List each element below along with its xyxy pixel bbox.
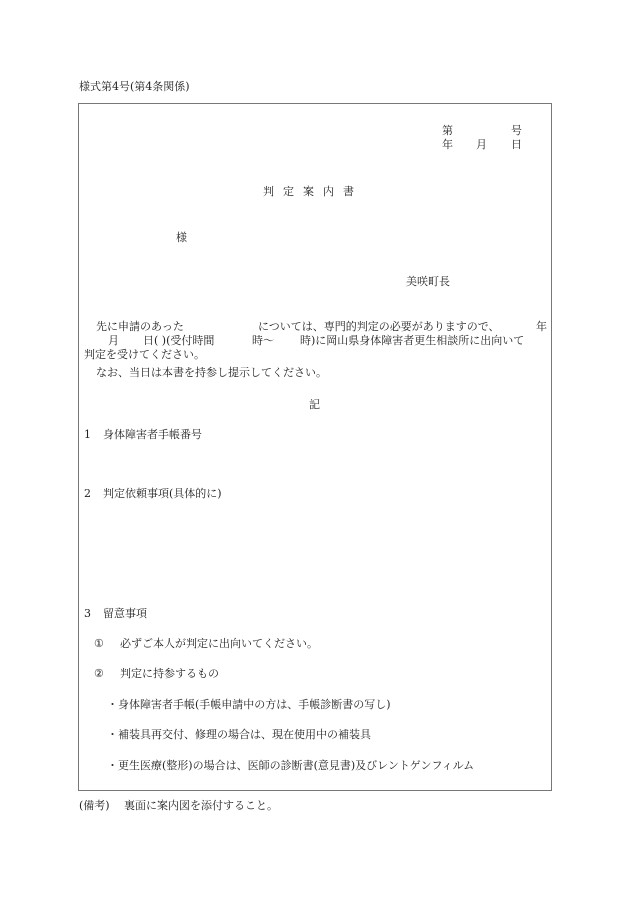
body-line2-month: 月: [108, 334, 119, 348]
number-prefix: 第: [442, 124, 453, 138]
body-line1-b: については、専門的判定の必要がありますので、: [258, 320, 500, 334]
number-suffix: 号: [511, 124, 522, 138]
note-2-mark: ②: [94, 667, 104, 681]
item-1-num: 1: [84, 428, 91, 442]
document-frame: [78, 103, 552, 791]
date-month: 月: [476, 138, 487, 152]
bullet-item: ・更生医療(整形)の場合は、医師の診断書(意見書)及びレントゲンフィルム: [107, 759, 474, 773]
item-3-label: 留意事項: [103, 607, 147, 621]
item-1-label: 身体障害者手帳番号: [103, 428, 202, 442]
form-label: 様式第4号(第4条関係): [79, 80, 190, 94]
item-3-num: 3: [84, 607, 91, 621]
remarks-text: 裏面に案内図を添付すること。: [124, 799, 278, 813]
body-line3: 判定を受けてください。: [84, 348, 205, 362]
remarks-label: (備考): [79, 799, 110, 813]
item-2-num: 2: [84, 487, 91, 501]
body-line2-hour-to: 時)に岡山県身体障害者更生相談所に出向いて: [300, 334, 524, 348]
note-1-text: 必ずご本人が判定に出向いてください。: [120, 637, 318, 651]
ki-mark: 記: [309, 398, 320, 412]
item-2-label: 判定依頼事項(具体的に): [103, 487, 222, 501]
note-2-text: 判定に持参するもの: [120, 667, 219, 681]
document-title: 判定案内書: [263, 185, 363, 199]
note-1-mark: ①: [94, 637, 104, 651]
body-line2-day: 日( )(受付時間: [143, 334, 214, 348]
body-line1-a: 先に申請のあった: [96, 320, 184, 334]
bullet-item: ・補装具再交付、修理の場合は、現在使用中の補装具: [107, 728, 371, 742]
bullet-item: ・身体障害者手帳(手帳申請中の方は、手帳診断書の写し): [107, 698, 391, 712]
date-year: 年: [442, 138, 453, 152]
body-line4: なお、当日は本書を持参し提示してください。: [96, 366, 327, 380]
sender: 美咲町長: [406, 275, 450, 289]
date-day: 日: [511, 138, 522, 152]
body-line1-c: 年: [536, 320, 547, 334]
addressee-suffix: 様: [176, 231, 187, 245]
body-line2-hour-from: 時～: [252, 334, 274, 348]
